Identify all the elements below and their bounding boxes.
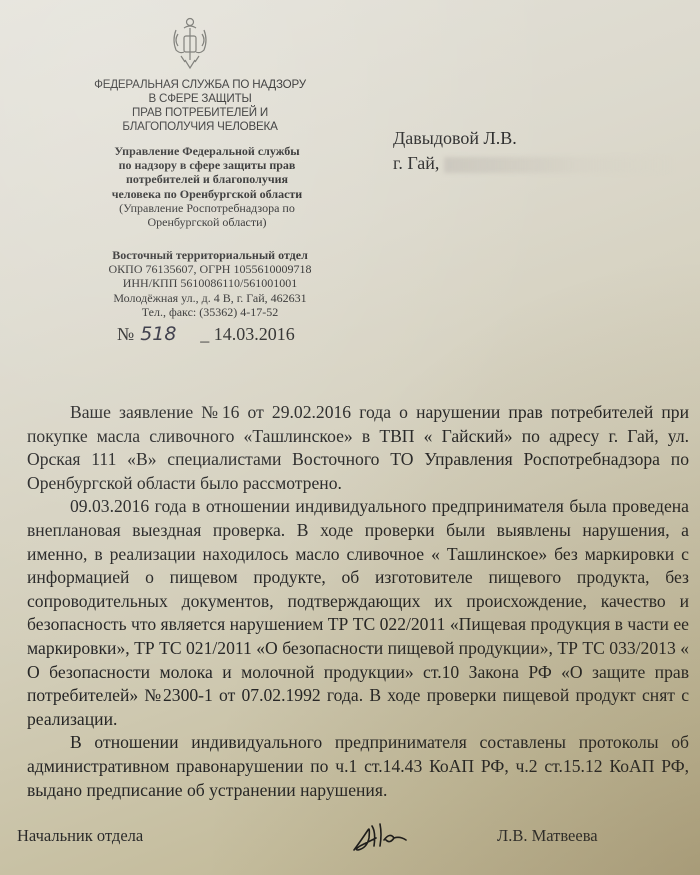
agency-name-block: ФЕДЕРАЛЬНАЯ СЛУЖБА ПО НАДЗОРУ В СФЕРЕ ЗА… xyxy=(60,78,340,134)
recipient-name: Давыдовой Л.В. xyxy=(393,126,674,151)
department-line: Управление Федеральной службы xyxy=(72,144,342,158)
agency-line: БЛАГОПОЛУЧИЯ ЧЕЛОВЕКА xyxy=(60,120,340,134)
body-paragraph: Ваше заявление №16 от 29.02.2016 года о … xyxy=(27,401,689,495)
registration-number: 518 xyxy=(140,323,194,345)
handwritten-signature-icon xyxy=(350,816,420,856)
office-title: Восточный территориальный отдел xyxy=(70,248,350,262)
letter-page: ФЕДЕРАЛЬНАЯ СЛУЖБА ПО НАДЗОРУ В СФЕРЕ ЗА… xyxy=(0,0,700,875)
office-line: Молодёжная ул., д. 4 В, г. Гай, 462631 xyxy=(70,291,350,305)
department-alt-line: (Управление Роспотребнадзора по xyxy=(72,201,342,215)
body-paragraph: 09.03.2016 года в отношении индивидуальн… xyxy=(27,495,689,731)
letter-body: Ваше заявление №16 от 29.02.2016 года о … xyxy=(27,401,689,802)
redacted-address xyxy=(444,157,674,173)
agency-line: В СФЕРЕ ЗАЩИТЫ xyxy=(60,92,340,106)
office-line: ИНН/КПП 5610086110/561001001 xyxy=(70,276,350,290)
agency-line: ФЕДЕРАЛЬНАЯ СЛУЖБА ПО НАДЗОРУ xyxy=(60,78,340,92)
double-headed-eagle-emblem-icon xyxy=(170,16,210,70)
number-sign: № xyxy=(117,324,134,345)
recipient-block: Давыдовой Л.В. г. Гай, xyxy=(393,126,674,176)
department-alt-line: Оренбургской области) xyxy=(72,215,342,229)
office-line: Тел., факс: (35362) 4-17-52 xyxy=(70,305,350,319)
department-block: Управление Федеральной службы по надзору… xyxy=(72,144,342,229)
registration-date: _ 14.03.2016 xyxy=(200,324,295,345)
registration-line: № 518 _ 14.03.2016 xyxy=(117,323,295,345)
department-line: потребителей и благополучия xyxy=(72,172,342,186)
agency-line: ПРАВ ПОТРЕБИТЕЛЕЙ И xyxy=(60,106,340,120)
signatory-name: Л.В. Матвеева xyxy=(497,826,598,846)
department-line: по надзору в сфере защиты прав xyxy=(72,158,342,172)
recipient-address: г. Гай, xyxy=(393,151,674,176)
signatory-title: Начальник отдела xyxy=(17,826,143,846)
body-paragraph: В отношении индивидуального предпринимат… xyxy=(27,731,689,802)
department-line: человека по Оренбургской области xyxy=(72,187,342,201)
office-line: ОКПО 76135607, ОГРН 1055610009718 xyxy=(70,262,350,276)
recipient-city: г. Гай, xyxy=(393,153,439,173)
office-block: Восточный территориальный отдел ОКПО 761… xyxy=(70,248,350,319)
